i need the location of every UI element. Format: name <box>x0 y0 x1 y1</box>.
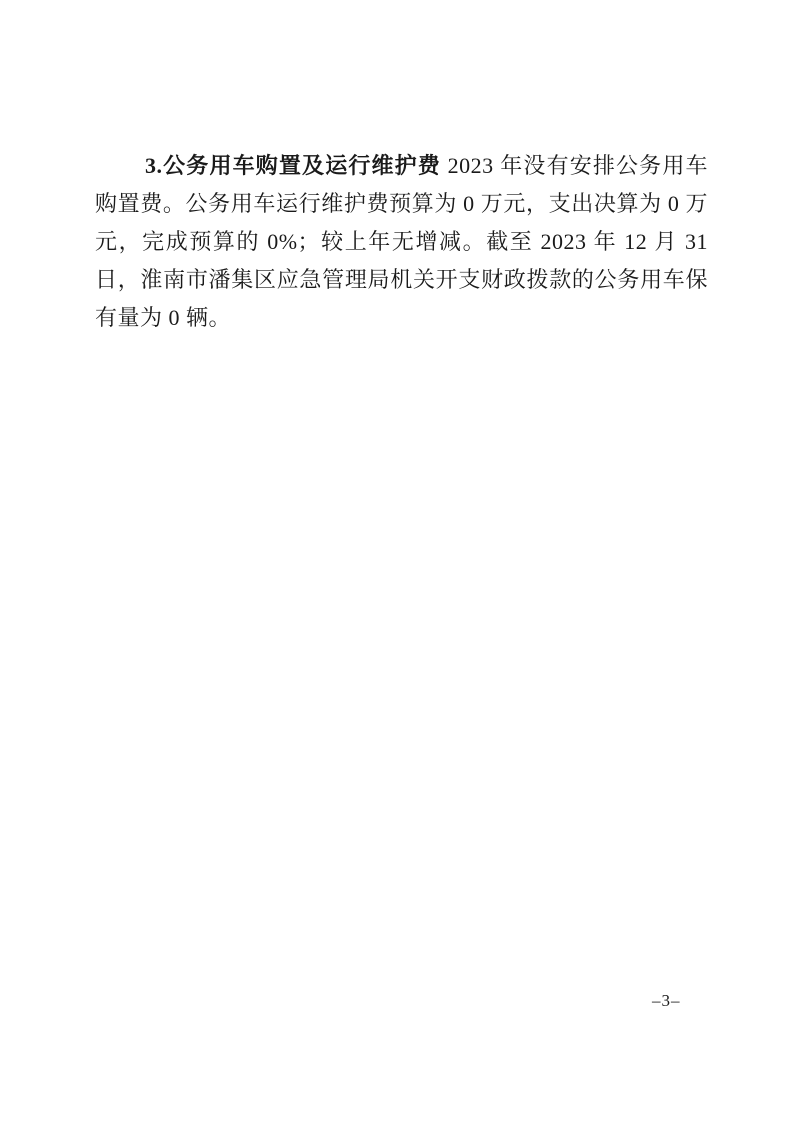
paragraph-body-text: 2023 年没有安排公务用车购置费。公务用车运行维护费预算为 0 万元，支出决算… <box>95 153 708 330</box>
paragraph-vehicle-purchase-maintenance: 3.公务用车购置及运行维护费 2023 年没有安排公务用车购置费。公务用车运行维… <box>95 147 708 337</box>
page-number: –3– <box>652 990 681 1012</box>
paragraph-bold-heading: 3.公务用车购置及运行维护费 <box>145 153 441 178</box>
page-content: 3.公务用车购置及运行维护费 2023 年没有安排公务用车购置费。公务用车运行维… <box>95 147 708 337</box>
document-page: 3.公务用车购置及运行维护费 2023 年没有安排公务用车购置费。公务用车运行维… <box>0 0 793 1122</box>
